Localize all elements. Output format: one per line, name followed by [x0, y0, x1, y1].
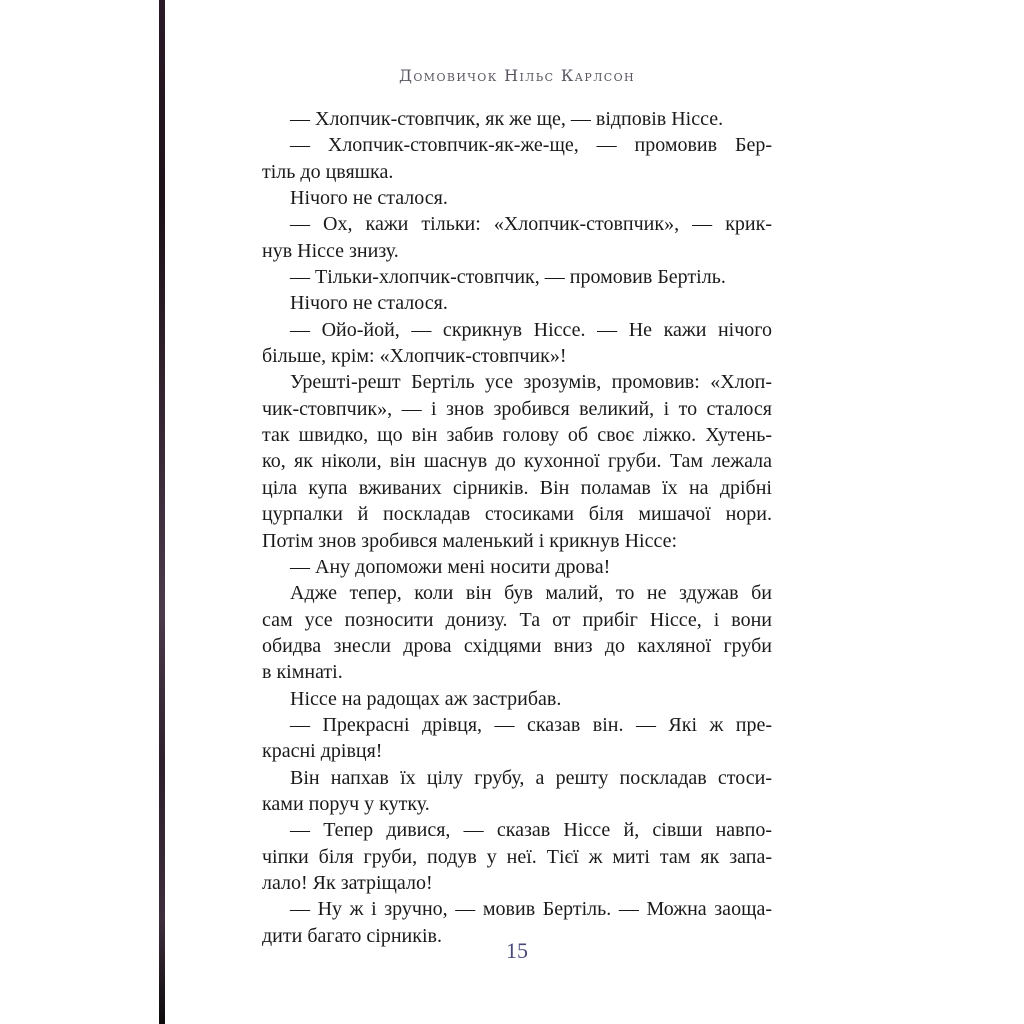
text-line: Ніссе на радощах аж застрибав.: [262, 686, 772, 712]
text-line: сам усе позносити донизу. Та от прибіг Н…: [262, 607, 772, 633]
text-line: ко, як ніколи, він шаснув до кухонної гр…: [262, 448, 772, 474]
text-line: — Ойо-йой, — скрикнув Ніссе. — Не кажи н…: [262, 317, 772, 343]
text-line: — Хлопчик-стовпчик-як-же-ще, — промовив …: [262, 132, 772, 158]
text-line: чик-стовпчик», — і знов зробився великий…: [262, 396, 772, 422]
text-line: лало! Як затріщало!: [262, 870, 772, 896]
text-line: — Ну ж і зручно, — мовив Бертіль. — Можн…: [262, 896, 772, 922]
text-line: чіпки біля груби, подув у неї. Тієї ж ми…: [262, 844, 772, 870]
book-page: Домовичок Нільс Карлсон — Хлопчик-стовпч…: [0, 0, 1024, 1024]
text-line: Нічого не сталося.: [262, 185, 772, 211]
text-line: — Ох, кажи тільки: «Хлопчик-стовпчик», —…: [262, 211, 772, 237]
text-line: — Тепер дивися, — сказав Ніссе й, сівши …: [262, 817, 772, 843]
text-line: нув Ніссе знизу.: [262, 238, 772, 264]
text-line: Адже тепер, коли він був малий, то не зд…: [262, 580, 772, 606]
text-line: цурпалки й поскладав стосиками біля миша…: [262, 501, 772, 527]
text-line: — Тільки-хлопчик-стовпчик, — промовив Бе…: [262, 264, 772, 290]
text-line: тіль до цвяшка.: [262, 159, 772, 185]
text-line: — Прекрасні дрівця, — сказав він. — Які …: [262, 712, 772, 738]
text-line: Він напхав їх цілу грубу, а решту поскла…: [262, 765, 772, 791]
text-line: Урешті-решт Бертіль усе зрозумів, промов…: [262, 369, 772, 395]
book-spine-edge: [159, 0, 165, 1024]
text-line: — Ану допоможи мені носити дрова!: [262, 554, 772, 580]
text-line: в кімнаті.: [262, 659, 772, 685]
text-line: красні дрівця!: [262, 738, 772, 764]
body-text: — Хлопчик-стовпчик, як же ще, — відповів…: [262, 106, 772, 949]
running-head: Домовичок Нільс Карлсон: [262, 66, 772, 85]
text-line: Нічого не сталося.: [262, 290, 772, 316]
text-line: — Хлопчик-стовпчик, як же ще, — відповів…: [262, 106, 772, 132]
page-number: 15: [262, 938, 772, 964]
text-line: Потім знов зробився маленький і крикнув …: [262, 528, 772, 554]
text-line: ціла купа вживаних сірників. Він поламав…: [262, 475, 772, 501]
text-line: обидва знесли дрова східцями вниз до ках…: [262, 633, 772, 659]
text-line: ками поруч у кутку.: [262, 791, 772, 817]
text-line: так швидко, що він забив голову об своє …: [262, 422, 772, 448]
text-line: більше, крім: «Хлопчик-стовпчик»!: [262, 343, 772, 369]
